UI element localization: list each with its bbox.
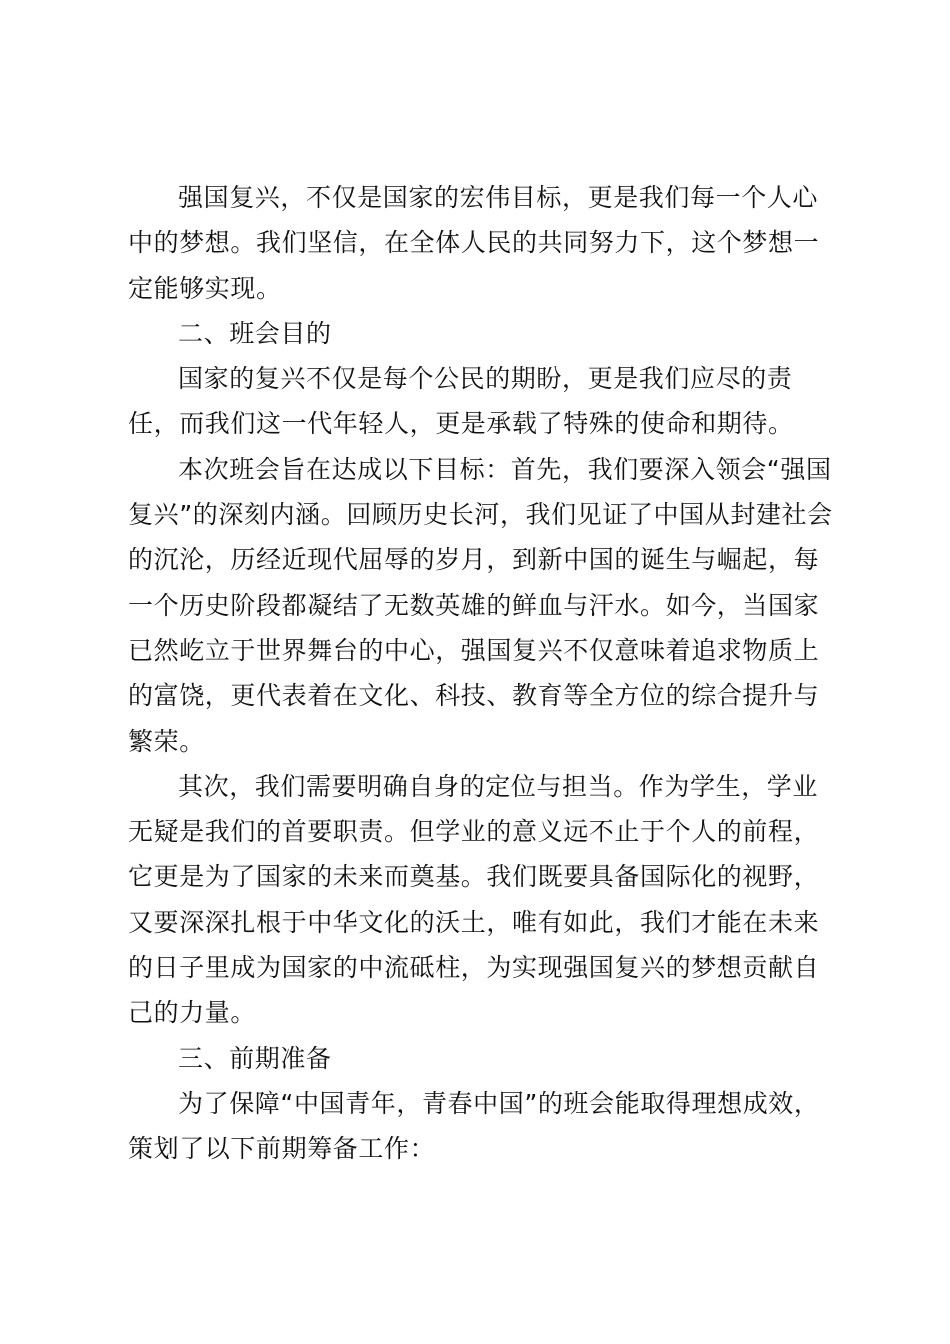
text-line: 本次班会旨在达成以下目标：首先，我们要深入领会“强国 xyxy=(128,447,832,492)
document-page: 强国复兴，不仅是国家的宏伟目标，更是我们每一个人心 中的梦想。我们坚信，在全体人… xyxy=(0,0,950,1344)
document-body: 强国复兴，不仅是国家的宏伟目标，更是我们每一个人心 中的梦想。我们坚信，在全体人… xyxy=(128,175,832,1172)
text-line: 策划了以下前期筹备工作： xyxy=(128,1126,832,1171)
paragraph-purpose-intro: 国家的复兴不仅是每个公民的期盼，更是我们应尽的责 任，而我们这一代年轻人，更是承… xyxy=(128,356,832,447)
paragraph-preparation-intro: 为了保障“中国青年，青春中国”的班会能取得理想成效， 策划了以下前期筹备工作： xyxy=(128,1081,832,1172)
text-line: 又要深深扎根于中华文化的沃土，唯有如此，我们才能在未来 xyxy=(128,900,832,945)
text-line: 一个历史阶段都凝结了无数英雄的鲜血与汗水。如今，当国家 xyxy=(128,583,832,628)
text-line: 的沉沦，历经近现代屈辱的岁月，到新中国的诞生与崛起，每 xyxy=(128,537,832,582)
text-line: 已然屹立于世界舞台的中心，强国复兴不仅意味着追求物质上 xyxy=(128,628,832,673)
text-line: 繁荣。 xyxy=(128,719,832,764)
text-line: 己的力量。 xyxy=(128,990,832,1035)
paragraph-intro: 强国复兴，不仅是国家的宏伟目标，更是我们每一个人心 中的梦想。我们坚信，在全体人… xyxy=(128,175,832,311)
paragraph-goal-first: 本次班会旨在达成以下目标：首先，我们要深入领会“强国 复兴”的深刻内涵。回顾历史… xyxy=(128,447,832,764)
text-line: 中的梦想。我们坚信，在全体人民的共同努力下，这个梦想一 xyxy=(128,220,832,265)
text-line: 它更是为了国家的未来而奠基。我们既要具备国际化的视野， xyxy=(128,854,832,899)
text-line: 的富饶，更代表着在文化、科技、教育等全方位的综合提升与 xyxy=(128,673,832,718)
text-line: 强国复兴，不仅是国家的宏伟目标，更是我们每一个人心 xyxy=(128,175,832,220)
text-line: 复兴”的深刻内涵。回顾历史长河，我们见证了中国从封建社会 xyxy=(128,492,832,537)
text-line: 为了保障“中国青年，青春中国”的班会能取得理想成效， xyxy=(128,1081,832,1126)
text-line: 国家的复兴不仅是每个公民的期盼，更是我们应尽的责 xyxy=(128,356,832,401)
section-heading-preparation: 三、前期准备 xyxy=(128,1036,832,1081)
text-line: 的日子里成为国家的中流砥柱，为实现强国复兴的梦想贡献自 xyxy=(128,945,832,990)
text-line: 任，而我们这一代年轻人，更是承载了特殊的使命和期待。 xyxy=(128,401,832,446)
text-line: 定能够实现。 xyxy=(128,266,832,311)
text-line: 其次，我们需要明确自身的定位与担当。作为学生，学业 xyxy=(128,764,832,809)
section-heading-purpose: 二、班会目的 xyxy=(128,311,832,356)
paragraph-goal-second: 其次，我们需要明确自身的定位与担当。作为学生，学业 无疑是我们的首要职责。但学业… xyxy=(128,764,832,1036)
text-line: 无疑是我们的首要职责。但学业的意义远不止于个人的前程， xyxy=(128,809,832,854)
